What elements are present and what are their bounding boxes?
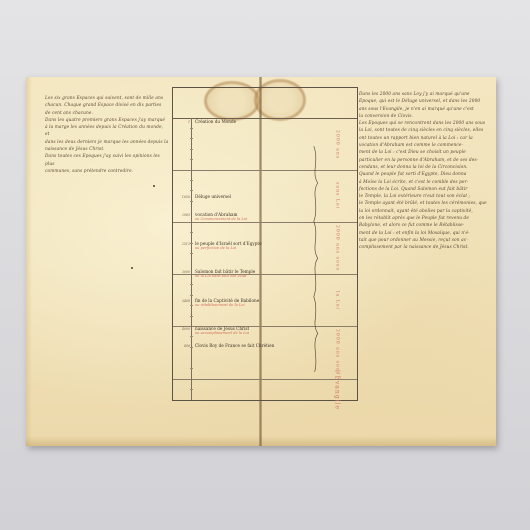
axis-tick <box>190 253 193 254</box>
right-text-line: on les rétablit après que le Peuple fut … <box>359 215 491 222</box>
year-column-divider <box>191 118 192 400</box>
right-text-line: fections de la Loi. Quand Salomon eut fa… <box>359 186 491 193</box>
era-label: 2000 ans sous <box>322 224 352 272</box>
right-text-line: la Loi, sont toutes de cinq siècles en c… <box>359 127 491 134</box>
right-text-line: ont toutes un rapport bien naturel à la … <box>359 135 491 142</box>
right-text-line: la loi ordonnait, ayant été abolies par … <box>359 208 491 215</box>
event-year: 1 <box>174 120 190 124</box>
right-text-line: Les Epoques qui se rencontrent dans les … <box>359 120 491 127</box>
event-subtitle: ou rétablissement de la Loi <box>195 303 245 307</box>
right-text-line: le Temple ayant été brûlé, et toutes les… <box>359 200 491 207</box>
left-text-line: à la marge les années depuis la Création… <box>45 124 169 139</box>
event-title: Déluge universel <box>195 194 231 199</box>
event-subtitle: ou Commencement de la Loi <box>195 217 247 221</box>
axis-tick <box>190 336 193 337</box>
event-title: Clovis Roy de France se fait Chrétien <box>195 343 274 348</box>
right-text-line: Epoque, qui est le Déluge universel, et … <box>359 98 491 105</box>
event-year: 3000 <box>174 270 190 274</box>
event-year: 496 <box>174 344 190 348</box>
left-text-line: naissance de Jésus Christ. <box>45 146 169 153</box>
row-divider <box>173 170 357 171</box>
right-text-line: tait que pour ordonner au Messie, reçut … <box>359 237 491 244</box>
right-text-line: Babylone, et alors ce fut comme le Rétab… <box>359 222 491 229</box>
left-text-line: Les six grans Espaces qui suivent, sont … <box>45 95 169 102</box>
event-year: 4000 <box>174 327 190 331</box>
right-text-line: Dans les 2000 ans sans Loy j'y ai marqué… <box>359 91 491 98</box>
right-text-line: Quand le peuple fut sorti d'Egypte, Dieu… <box>359 171 491 178</box>
right-text-line: cendans, et leur donna la loi de la Circ… <box>359 164 491 171</box>
right-text-line: ans sous l'Evangile, je n'en ai marqué q… <box>359 106 491 113</box>
left-explanatory-text: Les six grans Espaces qui suivent, sont … <box>45 95 169 175</box>
event-subtitle: ou perfection de la Loi <box>195 246 236 250</box>
axis-tick <box>190 149 193 150</box>
paper-aged-edge <box>26 77 32 446</box>
era-label: 2000 ans <box>322 122 352 168</box>
axis-tick <box>190 243 193 244</box>
right-text-line: complissement par la naissance de Jésus … <box>359 244 491 251</box>
axis-tick <box>190 190 193 191</box>
era-label: la Loi <box>322 276 352 324</box>
ink-speck <box>131 267 133 269</box>
right-text-line: le Temple, la Loi extérieure n'eut tout … <box>359 193 491 200</box>
row-divider <box>173 222 357 223</box>
axis-tick <box>190 305 193 306</box>
axis-tick <box>190 232 193 233</box>
right-text-line: vocation d'Abraham est comme le commence… <box>359 142 491 149</box>
left-text-line: chacun. Chaque grand Espace divisé en di… <box>45 102 169 109</box>
era-brace-lines <box>313 118 321 400</box>
event-year: 3468 <box>174 299 190 303</box>
event-year: 1656 <box>174 195 190 199</box>
axis-tick <box>190 284 193 285</box>
axis-tick <box>190 180 193 181</box>
right-text-line: ment de la Loi : c'est Dieu se choisit u… <box>359 149 491 156</box>
era-label: l'Evangile <box>322 381 352 399</box>
axis-tick <box>190 389 193 390</box>
axis-tick <box>190 316 193 317</box>
chronology-table: 1 Création du Monde 1656 Déluge universe… <box>172 87 358 401</box>
axis-tick <box>190 347 193 348</box>
right-explanatory-text: Dans les 2000 ans sans Loy j'y ai marqué… <box>359 91 491 252</box>
left-text-line: communes, sans prétendre contredire. <box>45 168 169 175</box>
event-title: Création du Monde <box>195 119 236 124</box>
axis-tick <box>190 138 193 139</box>
ink-speck <box>153 185 155 187</box>
axis-tick <box>190 201 193 202</box>
event-subtitle: ou accomplissement de la Loi <box>195 331 249 335</box>
left-text-line: de cent ans chacune. <box>45 110 169 117</box>
right-text-line: à Moïse la Loi écrite, et c'est le combl… <box>359 179 491 186</box>
right-text-line: particulier en la personne d'Abraham, et… <box>359 157 491 164</box>
axis-tick <box>190 128 193 129</box>
event-year: 2513 <box>174 242 190 246</box>
left-text-line: dans les deux derniers je marque les ann… <box>45 139 169 146</box>
axis-tick <box>190 368 193 369</box>
left-text-line: Dans les quatre premiers grans Espaces j… <box>45 117 169 124</box>
event-year: 2083 <box>174 213 190 217</box>
axis-tick <box>190 295 193 296</box>
left-text-line: Dans toutes ces Epoques j'ay suivi les o… <box>45 153 169 168</box>
axis-tick <box>190 159 193 160</box>
right-text-line: ment de la Loi : et enfin la loi Mosaïqu… <box>359 230 491 237</box>
era-label: sans Loi <box>322 172 352 220</box>
event-subtitle: ou la Loi dans tout son éclat <box>195 274 247 278</box>
row-divider <box>173 379 357 380</box>
antique-document-paper: Les six grans Espaces qui suivent, sont … <box>26 77 496 446</box>
right-text-line: la conversion de Clovis. <box>359 113 491 120</box>
